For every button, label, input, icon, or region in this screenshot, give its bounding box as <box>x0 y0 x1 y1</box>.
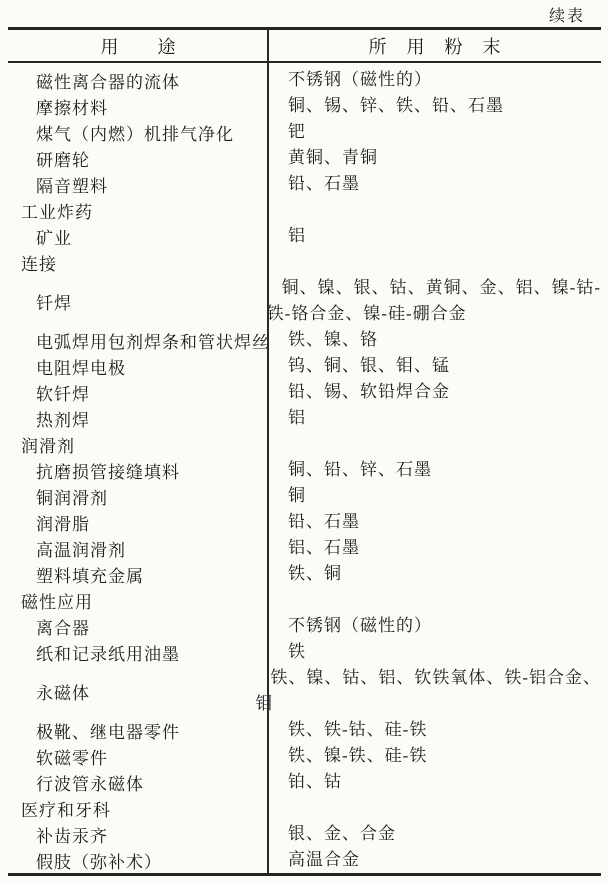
table-row: 抗磨损管接缝填料铜、铅、锌、石墨 <box>8 457 601 483</box>
powder-line: 钼 <box>255 691 601 717</box>
table-row: 电弧焊用包剂焊条和管状焊丝铁、镍、铬 <box>8 327 601 353</box>
powder-line: 铁、铜 <box>273 561 601 587</box>
use-cell: 润滑剂 <box>8 432 267 457</box>
use-cell: 电阻焊电极 <box>8 354 267 379</box>
powder-cell: 铜 <box>267 483 601 509</box>
table-row: 塑料填充金属铁、铜 <box>8 561 601 587</box>
powder-cell: 不锈钢（磁性的） <box>267 613 601 639</box>
powder-line: 钯 <box>273 119 601 145</box>
powder-line: 铁、镍、铬 <box>273 327 601 353</box>
table-row: 钎焊铜、镍、银、钴、黄铜、金、铝、镍-钴-铁-铬合金、镍-硅-硼合金 <box>8 275 601 327</box>
powder-line: 铁、镍、钴、铝、钦铁氧体、铁-铝合金、 <box>255 665 601 691</box>
table-row: 热剂焊铝 <box>8 405 601 431</box>
powder-line: 铁-铬合金、镍-硅-硼合金 <box>267 301 601 327</box>
use-cell: 磁性离合器的流体 <box>8 68 267 93</box>
use-cell: 煤气（内燃）机排气净化 <box>8 120 267 145</box>
powder-cell: 铝、石墨 <box>267 535 601 561</box>
column-header-powder: 所 用 粉 末 <box>269 33 601 59</box>
powder-line: 不锈钢（磁性的） <box>273 613 601 639</box>
table-row: 离合器不锈钢（磁性的） <box>8 613 601 639</box>
use-cell: 电弧焊用包剂焊条和管状焊丝 <box>8 328 267 353</box>
table-row: 隔音塑料铅、石墨 <box>8 171 601 197</box>
use-cell: 软磁零件 <box>8 744 267 769</box>
use-cell: 补齿汞齐 <box>8 822 267 847</box>
table-row: 假肢（弥补术）高温合金 <box>8 847 601 873</box>
powder-cell: 铁、镍-铁、硅-铁 <box>267 743 601 769</box>
powder-line: 铅、石墨 <box>273 171 601 197</box>
powder-line: 铁、镍-铁、硅-铁 <box>273 743 601 769</box>
powder-cell: 铅、石墨 <box>267 509 601 535</box>
powder-cell: 钨、铜、银、钼、锰 <box>267 353 601 379</box>
powder-cell: 高温合金 <box>267 847 601 873</box>
table-row: 研磨轮黄铜、青铜 <box>8 145 601 171</box>
powder-cell: 钯 <box>267 119 601 145</box>
powder-cell: 铂、钴 <box>267 769 601 795</box>
powder-line: 银、金、合金 <box>273 821 601 847</box>
powder-cell: 铁、铜 <box>267 561 601 587</box>
powder-line: 铜、铅、锌、石墨 <box>273 457 601 483</box>
use-cell: 热剂焊 <box>8 406 267 431</box>
column-divider-line <box>267 30 269 873</box>
powder-cell: 不锈钢（磁性的） <box>267 67 601 93</box>
powder-line: 不锈钢（磁性的） <box>273 67 601 93</box>
scanned-document-page: 续表 用 途 所 用 粉 末 磁性离合器的流体不锈钢（磁性的）摩擦材料铜、锡、锌… <box>0 0 609 883</box>
powder-line: 铜、锡、锌、铁、铅、石墨 <box>273 93 601 119</box>
table-row: 磁性应用 <box>8 587 601 613</box>
powder-line: 铅、石墨 <box>273 509 601 535</box>
table-row: 电阻焊电极钨、铜、银、钼、锰 <box>8 353 601 379</box>
powder-cell: 铝 <box>267 223 601 249</box>
table-continued-label: 续表 <box>549 3 585 26</box>
table-row: 高温润滑剂铝、石墨 <box>8 535 601 561</box>
table-row: 矿业铝 <box>8 223 601 249</box>
use-cell: 软钎焊 <box>8 380 267 405</box>
powder-line: 铁 <box>273 639 601 665</box>
use-cell: 高温润滑剂 <box>8 536 267 561</box>
use-cell: 隔音塑料 <box>8 172 267 197</box>
use-cell: 纸和记录纸用油墨 <box>8 640 267 665</box>
table-body: 磁性离合器的流体不锈钢（磁性的）摩擦材料铜、锡、锌、铁、铅、石墨煤气（内燃）机排… <box>8 65 601 873</box>
powder-line: 铅、锡、软铅焊合金 <box>273 379 601 405</box>
powder-cell: 铜、铅、锌、石墨 <box>267 457 601 483</box>
table-row: 补齿汞齐银、金、合金 <box>8 821 601 847</box>
powder-cell: 铅、石墨 <box>267 171 601 197</box>
use-cell: 研磨轮 <box>8 146 267 171</box>
use-cell: 摩擦材料 <box>8 94 267 119</box>
table-row: 连接 <box>8 249 601 275</box>
use-cell: 医疗和牙科 <box>8 796 267 821</box>
powder-line: 黄铜、青铜 <box>273 145 601 171</box>
use-cell: 钎焊 <box>8 289 261 314</box>
table-header-row: 用 途 所 用 粉 末 <box>8 30 601 63</box>
use-cell: 工业炸药 <box>8 198 267 223</box>
powder-line: 铝、石墨 <box>273 535 601 561</box>
use-cell: 离合器 <box>8 614 267 639</box>
powder-cell: 铁、镍、钴、铝、钦铁氧体、铁-铝合金、钼 <box>249 665 601 717</box>
table-row: 软磁零件铁、镍-铁、硅-铁 <box>8 743 601 769</box>
use-cell: 永磁体 <box>8 679 249 704</box>
table-row: 行波管永磁体铂、钴 <box>8 769 601 795</box>
table-row: 润滑脂铅、石墨 <box>8 509 601 535</box>
powder-cell: 银、金、合金 <box>267 821 601 847</box>
table-row: 极靴、继电器零件铁、铁-钴、硅-铁 <box>8 717 601 743</box>
powder-line: 铝 <box>273 223 601 249</box>
table-row: 润滑剂 <box>8 431 601 457</box>
powder-line: 铝 <box>273 405 601 431</box>
powder-line: 铁、铁-钴、硅-铁 <box>273 717 601 743</box>
powder-cell: 铁、铁-钴、硅-铁 <box>267 717 601 743</box>
use-cell: 矿业 <box>8 224 267 249</box>
use-cell: 铜润滑剂 <box>8 484 267 509</box>
powder-line: 铜 <box>273 483 601 509</box>
powder-line: 钨、铜、银、钼、锰 <box>273 353 601 379</box>
use-cell: 假肢（弥补术） <box>8 848 267 873</box>
powder-cell: 铜、锡、锌、铁、铅、石墨 <box>267 93 601 119</box>
table-row: 煤气（内燃）机排气净化钯 <box>8 119 601 145</box>
table-row: 磁性离合器的流体不锈钢（磁性的） <box>8 67 601 93</box>
table-row: 纸和记录纸用油墨铁 <box>8 639 601 665</box>
powder-line: 铂、钴 <box>273 769 601 795</box>
table-row: 医疗和牙科 <box>8 795 601 821</box>
use-cell: 行波管永磁体 <box>8 770 267 795</box>
table-row: 永磁体铁、镍、钴、铝、钦铁氧体、铁-铝合金、钼 <box>8 665 601 717</box>
table-row: 摩擦材料铜、锡、锌、铁、铅、石墨 <box>8 93 601 119</box>
table-row: 铜润滑剂铜 <box>8 483 601 509</box>
powder-usage-table: 用 途 所 用 粉 末 磁性离合器的流体不锈钢（磁性的）摩擦材料铜、锡、锌、铁、… <box>8 27 601 876</box>
powder-cell: 黄铜、青铜 <box>267 145 601 171</box>
column-header-use: 用 途 <box>8 33 269 59</box>
powder-cell: 铁 <box>267 639 601 665</box>
use-cell: 连接 <box>8 250 267 275</box>
use-cell: 极靴、继电器零件 <box>8 718 267 743</box>
table-row: 软钎焊铅、锡、软铅焊合金 <box>8 379 601 405</box>
use-cell: 磁性应用 <box>8 588 267 613</box>
powder-line: 铜、镍、银、钴、黄铜、金、铝、镍-钴- <box>267 275 601 301</box>
powder-cell: 铝 <box>267 405 601 431</box>
powder-cell: 铜、镍、银、钴、黄铜、金、铝、镍-钴-铁-铬合金、镍-硅-硼合金 <box>261 275 601 327</box>
use-cell: 抗磨损管接缝填料 <box>8 458 267 483</box>
powder-cell: 铁、镍、铬 <box>267 327 601 353</box>
use-cell: 塑料填充金属 <box>8 562 267 587</box>
table-row: 工业炸药 <box>8 197 601 223</box>
use-cell: 润滑脂 <box>8 510 267 535</box>
powder-line: 高温合金 <box>273 847 601 873</box>
powder-cell: 铅、锡、软铅焊合金 <box>267 379 601 405</box>
